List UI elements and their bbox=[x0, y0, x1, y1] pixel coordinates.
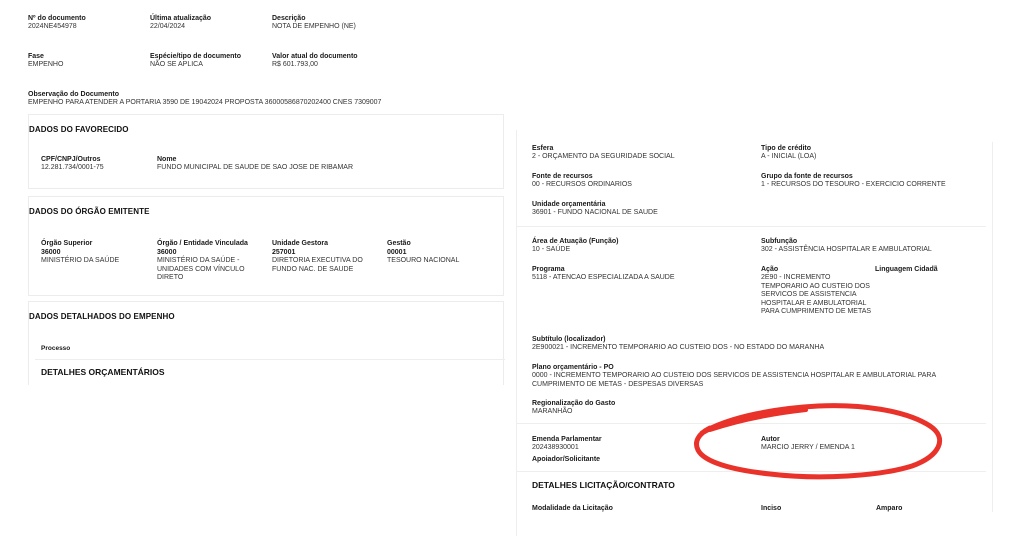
value: 2 - ORÇAMENTO DA SEGURIDADE SOCIAL bbox=[532, 153, 675, 162]
right-border bbox=[992, 142, 993, 512]
field-regionalizacao: Regionalização do Gasto MARANHÃO bbox=[532, 399, 615, 417]
field-linguagem-cidada: Linguagem Cidadã bbox=[875, 265, 938, 274]
field-apoiador: Apoiador/Solicitante bbox=[532, 455, 600, 464]
label: Subtítulo (localizador) bbox=[532, 335, 824, 344]
value: FUNDO MUNICIPAL DE SAUDE DE SAO JOSE DE … bbox=[157, 164, 353, 173]
value: 2024NE454978 bbox=[28, 23, 86, 32]
field-orgao-vinculada: Órgão / Entidade Vinculada 36000 MINISTÉ… bbox=[157, 239, 257, 283]
code: 257001 bbox=[272, 248, 372, 257]
label: CPF/CNPJ/Outros bbox=[41, 155, 104, 164]
field-observacao: Observação do Documento EMPENHO PARA ATE… bbox=[28, 90, 508, 108]
field-especie: Espécie/tipo de documento NÃO SE APLICA bbox=[150, 52, 241, 70]
field-unidade-orcamentaria: Unidade orçamentária 36901 - FUNDO NACIO… bbox=[532, 200, 658, 218]
label: Subfunção bbox=[761, 237, 932, 246]
licitacao-title: DETALHES LICITAÇÃO/CONTRATO bbox=[532, 480, 675, 490]
section-title: DADOS DETALHADOS DO EMPENHO bbox=[29, 312, 175, 321]
field-plano-orcamentario: Plano orçamentário - PO 0000 - INCREMENT… bbox=[532, 363, 987, 389]
left-panel: Nº do documento 2024NE454978 Última atua… bbox=[0, 0, 510, 536]
value: EMPENHO PARA ATENDER A PORTARIA 3590 DE … bbox=[28, 99, 508, 108]
label: Última atualização bbox=[150, 14, 211, 23]
value: 2E900021 - INCREMENTO TEMPORARIO AO CUST… bbox=[532, 344, 824, 353]
favorecido-body: CPF/CNPJ/Outros 12.281.734/0001-75 Nome … bbox=[28, 143, 504, 189]
code: 36000 bbox=[157, 248, 257, 257]
section-title: DADOS DO ÓRGÃO EMITENTE bbox=[29, 207, 150, 216]
label: Fonte de recursos bbox=[532, 172, 632, 181]
value: 12.281.734/0001-75 bbox=[41, 164, 104, 173]
value: A - INICIAL (LOA) bbox=[761, 153, 816, 162]
label: Nº do documento bbox=[28, 14, 86, 23]
value: MINISTÉRIO DA SAÚDE - UNIDADES COM VÍNCU… bbox=[157, 257, 257, 283]
label: Linguagem Cidadã bbox=[875, 265, 938, 274]
field-tipo-credito: Tipo de crédito A - INICIAL (LOA) bbox=[761, 144, 816, 162]
value: 2E90 - INCREMENTO TEMPORARIO AO CUSTEIO … bbox=[761, 274, 873, 317]
inciso-label: Inciso bbox=[761, 504, 781, 513]
divider bbox=[516, 226, 986, 227]
value: TESOURO NACIONAL bbox=[387, 257, 497, 266]
code: 36000 bbox=[41, 248, 151, 257]
empenho-detalhado-section: DADOS DETALHADOS DO EMPENHO Processo DET… bbox=[28, 301, 504, 385]
field-emenda: Emenda Parlamentar 202438930001 bbox=[532, 435, 602, 453]
field-funcao: Área de Atuação (Função) 10 - SAÚDE bbox=[532, 237, 618, 255]
label: Programa bbox=[532, 265, 675, 274]
field-descricao: Descrição NOTA DE EMPENHO (NE) bbox=[272, 14, 356, 32]
value: R$ 601.793,00 bbox=[272, 61, 358, 70]
value: 5118 - ATENCAO ESPECIALIZADA A SAUDE bbox=[532, 274, 675, 283]
label: Grupo da fonte de recursos bbox=[761, 172, 946, 181]
field-subtitulo: Subtítulo (localizador) 2E900021 - INCRE… bbox=[532, 335, 824, 353]
label: Unidade Gestora bbox=[272, 239, 372, 248]
label: Espécie/tipo de documento bbox=[150, 52, 241, 61]
orcamentarios-title: DETALHES ORÇAMENTÁRIOS bbox=[41, 367, 165, 377]
value: 22/04/2024 bbox=[150, 23, 211, 32]
field-ultima-atualizacao: Última atualização 22/04/2024 bbox=[150, 14, 211, 32]
section-title: DADOS DO FAVORECIDO bbox=[29, 125, 129, 134]
label: Autor bbox=[761, 435, 855, 444]
label: Área de Atuação (Função) bbox=[532, 237, 618, 246]
divider bbox=[516, 471, 986, 472]
field-unidade-gestora: Unidade Gestora 257001 DIRETORIA EXECUTI… bbox=[272, 239, 372, 274]
value: MARCIO JERRY / EMENDA 1 bbox=[761, 444, 855, 453]
divider bbox=[516, 423, 986, 424]
label: Tipo de crédito bbox=[761, 144, 816, 153]
left-border bbox=[516, 130, 517, 536]
orgao-emitente-section: DADOS DO ÓRGÃO EMITENTE Órgão Superior 3… bbox=[28, 196, 504, 296]
label: Valor atual do documento bbox=[272, 52, 358, 61]
label: Plano orçamentário - PO bbox=[532, 363, 987, 372]
label: Descrição bbox=[272, 14, 356, 23]
right-panel: Esfera 2 - ORÇAMENTO DA SEGURIDADE SOCIA… bbox=[510, 0, 1024, 536]
value: 10 - SAÚDE bbox=[532, 246, 618, 255]
field-gestao: Gestão 00001 TESOURO NACIONAL bbox=[387, 239, 497, 266]
value: DIRETORIA EXECUTIVA DO FUNDO NAC. DE SAU… bbox=[272, 257, 372, 274]
label: Nome bbox=[157, 155, 353, 164]
field-grupo-fonte: Grupo da fonte de recursos 1 - RECURSOS … bbox=[761, 172, 946, 190]
code: 00001 bbox=[387, 248, 497, 257]
divider bbox=[35, 359, 505, 360]
field-autor: Autor MARCIO JERRY / EMENDA 1 bbox=[761, 435, 855, 453]
field-fonte-recursos: Fonte de recursos 00 - RECURSOS ORDINARI… bbox=[532, 172, 632, 190]
field-acao: Ação 2E90 - INCREMENTO TEMPORARIO AO CUS… bbox=[761, 265, 873, 317]
amparo-label: Amparo bbox=[876, 504, 902, 513]
value: 00 - RECURSOS ORDINARIOS bbox=[532, 181, 632, 190]
value: MINISTÉRIO DA SAÚDE bbox=[41, 257, 151, 266]
field-subfuncao: Subfunção 302 - ASSISTÊNCIA HOSPITALAR E… bbox=[761, 237, 932, 255]
field-fase: Fase EMPENHO bbox=[28, 52, 63, 70]
field-valor-atual: Valor atual do documento R$ 601.793,00 bbox=[272, 52, 358, 70]
field-orgao-superior: Órgão Superior 36000 MINISTÉRIO DA SAÚDE bbox=[41, 239, 151, 266]
label: Observação do Documento bbox=[28, 90, 508, 99]
field-esfera: Esfera 2 - ORÇAMENTO DA SEGURIDADE SOCIA… bbox=[532, 144, 675, 162]
label: Órgão / Entidade Vinculada bbox=[157, 239, 257, 248]
field-programa: Programa 5118 - ATENCAO ESPECIALIZADA A … bbox=[532, 265, 675, 283]
value: EMPENHO bbox=[28, 61, 63, 70]
label: Ação bbox=[761, 265, 873, 274]
label: Regionalização do Gasto bbox=[532, 399, 615, 408]
label: Gestão bbox=[387, 239, 497, 248]
favorecido-header: DADOS DO FAVORECIDO bbox=[28, 114, 504, 144]
label: Emenda Parlamentar bbox=[532, 435, 602, 444]
field-nome: Nome FUNDO MUNICIPAL DE SAUDE DE SAO JOS… bbox=[157, 155, 353, 173]
label: Unidade orçamentária bbox=[532, 200, 658, 209]
label: Fase bbox=[28, 52, 63, 61]
value: 36901 - FUNDO NACIONAL DE SAUDE bbox=[532, 209, 658, 218]
value: 1 - RECURSOS DO TESOURO - EXERCICIO CORR… bbox=[761, 181, 946, 190]
label: Apoiador/Solicitante bbox=[532, 455, 600, 464]
value: 0000 - INCREMENTO TEMPORARIO AO CUSTEIO … bbox=[532, 372, 987, 389]
value: 302 - ASSISTÊNCIA HOSPITALAR E AMBULATOR… bbox=[761, 246, 932, 255]
label: Órgão Superior bbox=[41, 239, 151, 248]
processo-label: Processo bbox=[41, 344, 70, 353]
value: NOTA DE EMPENHO (NE) bbox=[272, 23, 356, 32]
value: MARANHÃO bbox=[532, 408, 615, 417]
label: Esfera bbox=[532, 144, 675, 153]
modalidade-label: Modalidade da Licitação bbox=[532, 504, 613, 513]
value: 202438930001 bbox=[532, 444, 602, 453]
field-cpf: CPF/CNPJ/Outros 12.281.734/0001-75 bbox=[41, 155, 104, 173]
value: NÃO SE APLICA bbox=[150, 61, 241, 70]
field-numero-documento: Nº do documento 2024NE454978 bbox=[28, 14, 86, 32]
